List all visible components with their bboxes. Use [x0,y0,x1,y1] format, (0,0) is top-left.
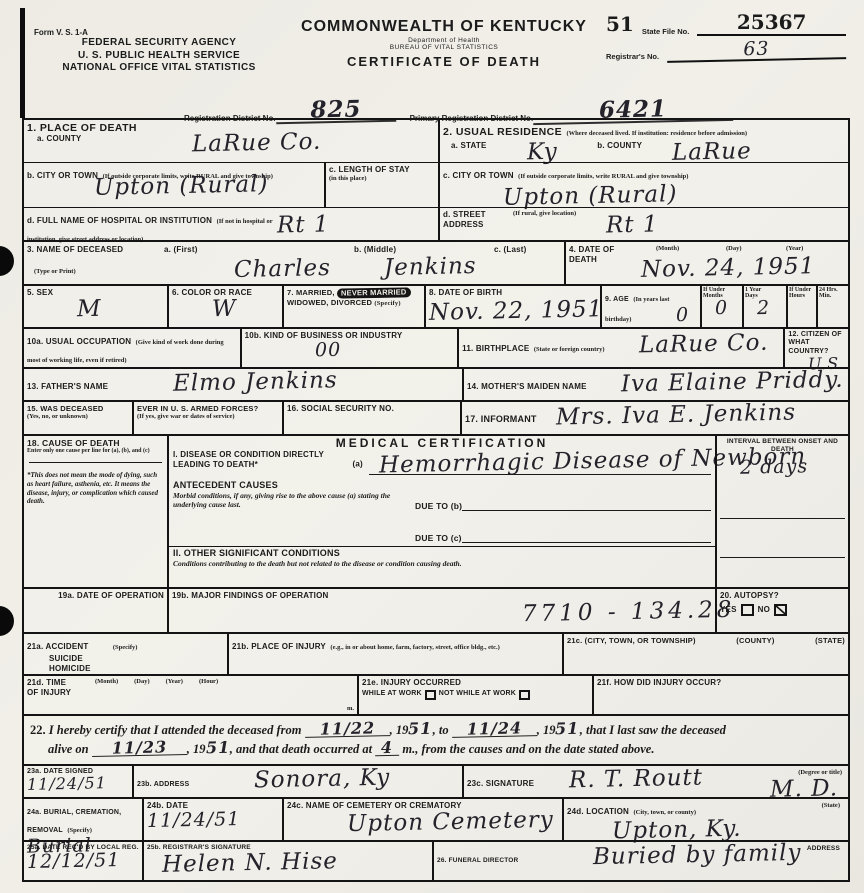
certify-hour: 4 [375,742,399,756]
form-code: Form V. S. 1-A [34,28,284,37]
death-certificate-scan: Form V. S. 1-A FEDERAL SECURITY AGENCY U… [0,0,864,893]
certify-num: 22. [30,723,46,737]
agency-line-1: FEDERAL SECURITY AGENCY [34,37,284,50]
section-date-of-death: 4. DATE OF DEATH (Month) (Day) (Year) No… [564,242,848,284]
mother-label: 14. MOTHER'S MAIDEN NAME [467,382,587,391]
physician-address-value: Sonora, Ky [254,767,391,793]
injury-time-month: (Month) [95,678,118,697]
row-name-dod: 3. NAME OF DECEASED (Type or Print) a. (… [24,240,848,284]
row-accident: 21a. ACCIDENT (Specify) SUICIDE HOMICIDE… [24,632,848,674]
res-state-county: 2. USUAL RESIDENCE (Where deceased lived… [440,120,848,162]
row-time-of-injury: 21d. TIME OF INJURY (Month) (Day) (Year)… [24,674,848,714]
age-min-head2: Min. [819,293,847,299]
section-physician-address: 23b. ADDRESS Sonora, Ky [132,766,462,797]
section-age-days: 1 Year Days 2 [742,286,786,327]
file-prefix: 51 [606,12,634,36]
birthplace-note: (State or foreign country) [534,346,605,353]
dod-day-label: (Day) [726,245,742,252]
injury-county-label: (COUNTY) [736,636,774,645]
burial-location-note2: (State) [822,802,840,809]
section-place-of-death: 1. PLACE OF DEATH a. COUNTY LaRue Co. b.… [24,120,438,240]
certificate-form: 1. PLACE OF DEATH a. COUNTY LaRue Co. b.… [22,118,850,882]
burial-note: (Specify) [67,827,92,834]
autopsy-yes-checkbox [741,604,754,616]
name-first-value: Charles [234,257,331,282]
row-operation-autopsy: 19a. DATE OF OPERATION 19b. MAJOR FINDIN… [24,587,848,632]
funeral-director-label: 26. FUNERAL DIRECTOR [437,857,518,864]
state-file-label: State File No. [642,27,690,36]
how-injury-label: 21f. HOW DID INJURY OCCUR? [597,678,845,688]
physician-address-label: 23b. ADDRESS [137,781,189,788]
section-citizen: 12. CITIZEN OF WHAT COUNTRY? U.S. [783,329,848,367]
forces-label2: EVER IN U. S. ARMED FORCES? [137,404,279,413]
hole-punch-top [0,246,14,276]
res-state-label: a. STATE [451,141,487,164]
certify-from-date: 11/22 [304,722,389,738]
registrar-no-value: 63 [667,38,846,63]
injury-while-checkbox [425,690,436,700]
res-city-label: c. CITY OR TOWN [443,171,514,180]
dob-value: Nov. 22, 1951 [429,298,604,325]
marital-label-note: (Specify) [374,300,400,307]
res-city: c. CITY OR TOWN (If outside corporate li… [440,162,848,207]
accident-label2: SUICIDE [49,654,224,664]
res-street-label: d. STREET ADDRESS [443,210,513,238]
res-state-value: Ky [526,141,557,165]
section-medical-certification: MEDICAL CERTIFICATION I. DISEASE OR COND… [167,436,715,587]
section-injury-occurred: 21e. INJURY OCCURRED WHILE AT WORK NOT W… [357,676,592,714]
section-injury-location: 21c. (CITY, TOWN, OR TOWNSHIP) (COUNTY) … [562,634,848,674]
marital-label-post: WIDOWED, DIVORCED [287,298,372,307]
pod-los-note: (in this place) [329,175,435,182]
injury-time-suffix: m. [27,705,354,712]
certify-t6: m., from the causes and on the date stat… [402,742,654,756]
section-marital-status: 7. MARRIED, NEVER MARRIED WIDOWED, DIVOR… [282,286,424,327]
injury-time-label: 21d. TIME OF INJURY [27,678,79,697]
due-to-b-blank [462,501,711,511]
section-mother-name: 14. MOTHER'S MAIDEN NAME Iva Elaine Prid… [462,369,848,400]
signature-label: 23c. SIGNATURE [467,779,534,788]
section-registrar-signature: 25b. REGISTRAR'S SIGNATURE Helen N. Hise [142,842,432,880]
informant-label: 17. INFORMANT [465,414,537,424]
injury-notwhile-label: NOT WHILE AT WORK [439,690,516,698]
age-months-value: 0 [715,299,728,318]
row-burial: 24a. BURIAL, CREMATION, REMOVAL (Specify… [24,797,848,840]
section-burial-date: 24b. DATE 11/24/51 [142,799,282,840]
dod-month-label: (Month) [656,245,679,252]
dod-year-label: (Year) [786,245,803,252]
res-city-note: (If outside corporate limits, write RURA… [518,173,688,180]
injury-place-note: (e.g., in or about home, farm, factory, … [330,644,499,651]
injury-state-label: (STATE) [815,636,845,645]
section-color-race: 6. COLOR OR RACE W [167,286,282,327]
certify-text: 22. I hereby certify that I attended the… [24,716,732,764]
pod-city-label: b. CITY OR TOWN [27,171,98,180]
section-place-of-injury: 21b. PLACE OF INJURY (e.g., in or about … [227,634,562,674]
accident-label3: HOMICIDE [49,664,224,674]
agency-line-3: NATIONAL OFFICE VITAL STATISTICS [34,62,284,75]
autopsy-no-checkbox [774,604,787,616]
pod-institution: d. FULL NAME OF HOSPITAL OR INSTITUTION … [24,207,438,240]
section-burial-type: 24a. BURIAL, CREMATION, REMOVAL (Specify… [24,799,142,840]
section-burial-location: 24d. LOCATION (City, town, or county) (S… [562,799,848,840]
certificate-title: CERTIFICATE OF DEATH [274,54,614,69]
section-time-of-injury: 21d. TIME OF INJURY (Month) (Day) (Year)… [24,676,357,714]
pod-county: 1. PLACE OF DEATH a. COUNTY LaRue Co. [24,120,438,162]
row-forces-ssn-informant: 15. WAS DECEASED (Yes, no, or unknown) E… [24,400,848,434]
row-sex-race-age: 5. SEX M 6. COLOR OR RACE W 7. MARRIED, … [24,284,848,327]
forces-label1: 15. WAS DECEASED [27,404,129,413]
date-signed-value: 11/24/51 [27,776,107,794]
state-file-number: 25367 [697,10,846,36]
registrar-signature-value: Helen N. Hise [162,850,338,877]
section-date-of-birth: 8. DATE OF BIRTH Nov. 22, 1951 [424,286,600,327]
res-title-note: (Where deceased lived. If institution: r… [566,130,747,137]
birthplace-label: 11. BIRTHPLACE [462,344,529,353]
section-ssn: 16. SOCIAL SECURITY NO. [282,402,460,434]
section-father-name: 13. FATHER'S NAME Elmo Jenkins [24,369,462,400]
burial-location-label: 24d. LOCATION [567,807,629,816]
autopsy-yes-label: YES [720,605,737,615]
findings-value: 7710 - 134.28 [522,598,736,625]
section-funeral-director: 26. FUNERAL DIRECTOR ADDRESS Buried by f… [432,842,848,880]
age-label: 9. AGE [605,296,629,303]
other-conditions-title: II. OTHER SIGNIFICANT CONDITIONS [173,548,711,559]
section-age-years: 9. AGE (In years last birthday) 0 [600,286,700,327]
injury-city-label: 21c. (CITY, TOWN, OR TOWNSHIP) [567,636,696,645]
section-cemetery: 24c. NAME OF CEMETERY OR CREMATORY Upton… [282,799,562,840]
injury-place-label: 21b. PLACE OF INJURY [232,642,326,651]
section-date-signed: 23a. DATE SIGNED 11/24/51 [24,766,132,797]
section-how-injury: 21f. HOW DID INJURY OCCUR? [592,676,848,714]
autopsy-no-label: NO [758,605,770,615]
certify-from-year: 51 [408,721,433,738]
name-last-label: c. (Last) [494,245,526,255]
pod-inst-label: d. FULL NAME OF HOSPITAL OR INSTITUTION [27,216,212,225]
age-days-value: 2 [757,299,770,318]
age-hours-head2: Hours [789,293,815,299]
forces-note1: (Yes, no, or unknown) [27,413,129,420]
section-autopsy: 20. AUTOPSY? YES NO [715,589,848,632]
forces-note2: (If yes, give war or dates of service) [137,413,279,420]
section-occupation: 10a. USUAL OCCUPATION (Give kind of work… [24,329,240,367]
certify-t4: alive on [48,742,89,756]
certify-yp1: , 19 [390,723,409,737]
autopsy-label: 20. AUTOPSY? [720,591,845,601]
header: Form V. S. 1-A FEDERAL SECURITY AGENCY U… [34,10,852,116]
age-value: 0 [676,306,689,325]
agency-line-2: U. S. PUBLIC HEALTH SERVICE [34,50,284,63]
injury-time-hour: (Hour) [199,678,218,697]
res-street: d. STREET ADDRESS (If rural, give locati… [440,207,848,240]
injury-notwhile-checkbox [519,690,530,700]
due-to-b-label: DUE TO (b) [415,501,462,511]
section-major-findings: 19b. MAJOR FINDINGS OF OPERATION 7710 - … [167,589,715,632]
scan-edge-bar [20,8,25,118]
res-street-note: (If rural, give location) [513,210,576,238]
res-street-value: Rt 1 [606,213,659,238]
cause-title: 18. CAUSE OF DEATH [27,438,164,448]
cause-footnote: *This does not mean the mode of dying, s… [27,471,164,506]
section-age-months: If Under Months 0 [700,286,742,327]
other-conditions-note: Conditions contributing to the death but… [173,559,711,568]
cause-enter-note: Enter only one cause per line for (a), (… [27,448,164,454]
marital-label-pre: 7. MARRIED, [287,288,335,297]
interval-value: 2 days [740,457,808,477]
disease-a: (a) [352,460,362,469]
industry-label: 10b. KIND OF BUSINESS OR INDUSTRY [245,331,455,341]
signature-value: R. T. Routt [568,767,702,793]
registrar-no-label: Registrar's No. [606,52,659,61]
row-signature: 23a. DATE SIGNED 11/24/51 23b. ADDRESS S… [24,764,848,797]
certify-t1: I hereby certify that I attended the dec… [49,723,302,737]
agency-block: Form V. S. 1-A FEDERAL SECURITY AGENCY U… [34,28,284,75]
section-informant: 17. INFORMANT Mrs. Iva E. Jenkins [460,402,848,434]
section-date-received: 25a. DATE REC'D BY LOCAL REG. 12/12/51 [24,842,142,880]
section-usual-residence: 2. USUAL RESIDENCE (Where deceased lived… [438,120,848,240]
industry-value: 00 [314,340,341,360]
hole-punch-bottom [0,606,14,636]
antecedent-title: ANTECEDENT CAUSES [173,480,711,491]
disease-line: I. DISEASE OR CONDITION DIRECTLY LEADING… [169,450,715,480]
pod-title: 1. PLACE OF DEATH [27,122,137,134]
row-certify-statement: 22. I hereby certify that I attended the… [24,714,848,764]
father-value: Elmo Jenkins [172,369,337,395]
section-armed-forces-q2: EVER IN U. S. ARMED FORCES? (If yes, giv… [132,402,282,434]
funeral-director-value: Buried by family [593,842,802,869]
certify-yp3: , 19 [187,742,206,756]
injury-time-year: (Year) [166,678,183,697]
section-age-min: 24 Hrs. Min. [816,286,848,327]
section-birthplace: 11. BIRTHPLACE (State or foreign country… [457,329,783,367]
dod-value: Nov. 24, 1951 [641,255,816,282]
due-to-c-label: DUE TO (c) [415,533,462,543]
certify-to-year: 51 [555,721,580,738]
injury-occurred-label: 21e. INJURY OCCURRED [362,678,589,688]
name-first-label: a. (First) [164,245,198,255]
certify-alive-year: 51 [205,739,230,756]
injury-while-label: WHILE AT WORK [362,690,422,698]
operation-date-label: 19a. DATE OF OPERATION [27,591,164,601]
mother-value: Iva Elaine Priddy. [621,369,844,397]
section-date-of-operation: 19a. DATE OF OPERATION [24,589,167,632]
injury-time-day: (Day) [134,678,150,697]
sex-value: M [77,297,102,321]
pod-city: b. CITY OR TOWN (If outside corporate li… [24,163,324,207]
name-note: (Type or Print) [34,268,76,275]
section-age-hours: If Under Hours [786,286,816,327]
date-received-value: 12/12/51 [27,851,121,872]
section-physician-signature: 23c. SIGNATURE R. T. Routt (Degree or ti… [462,766,848,797]
ssn-label: 16. SOCIAL SECURITY NO. [287,404,457,414]
pod-los-label: c. LENGTH OF STAY [329,165,435,175]
accident-label1: 21a. ACCIDENT [27,642,88,651]
title-block: COMMONWEALTH OF KENTUCKY Department of H… [274,18,614,69]
section-cause-label-col: 18. CAUSE OF DEATH Enter only one cause … [24,436,167,587]
name-last-value: Jenkins [384,255,477,280]
father-label: 13. FATHER'S NAME [27,382,108,391]
disease-label: I. DISEASE OR CONDITION DIRECTLY LEADING… [173,450,348,469]
interval-label: INTERVAL BETWEEN ONSET AND DEATH [720,438,845,454]
file-numbers-block: 51 State File No. 25367 Registrar's No. … [606,10,846,61]
row-parents: 13. FATHER'S NAME Elmo Jenkins 14. MOTHE… [24,367,848,400]
section-industry: 10b. KIND OF BUSINESS OR INDUSTRY 00 [240,329,458,367]
cemetery-value: Upton Cemetery [347,808,554,835]
section-sex: 5. SEX M [24,286,167,327]
res-county-label: b. COUNTY [597,141,642,164]
name-middle-label: b. (Middle) [354,245,396,255]
dept-of-health: Department of Health [274,37,614,44]
commonwealth-title: COMMONWEALTH OF KENTUCKY [274,18,614,36]
burial-date-value: 11/24/51 [147,810,241,831]
row-cause-of-death: 18. CAUSE OF DEATH Enter only one cause … [24,434,848,587]
antecedent-note: Morbid conditions, if any, giving rise t… [173,491,403,543]
certify-t2: , to [433,723,449,737]
certify-yp2: , 19 [537,723,556,737]
row-place-residence: 1. PLACE OF DEATH a. COUNTY LaRue Co. b.… [24,120,848,240]
burial-location-note1: (City, town, or county) [633,809,696,816]
section-accident-suicide: 21a. ACCIDENT (Specify) SUICIDE HOMICIDE [24,634,227,674]
pod-city-row: b. CITY OR TOWN (If outside corporate li… [24,162,438,207]
pod-city-value: Upton (Rural) [94,173,269,200]
row-occupation-birthplace: 10a. USUAL OCCUPATION (Give kind of work… [24,327,848,367]
section-name-of-deceased: 3. NAME OF DECEASED (Type or Print) a. (… [24,242,564,284]
section-armed-forces-q: 15. WAS DECEASED (Yes, no, or unknown) [24,402,132,434]
informant-value: Mrs. Iva E. Jenkins [556,401,796,429]
certify-alive-date: 11/23 [92,741,187,757]
section-interval: INTERVAL BETWEEN ONSET AND DEATH 2 days [715,436,848,587]
marital-never-married-circled: NEVER MARRIED [337,287,411,298]
name-title: 3. NAME OF DECEASED [27,245,147,255]
pod-county-value: LaRue Co. [192,131,322,162]
certify-to-date: 11/24 [452,722,537,738]
citizen-label: 12. CITIZEN OF WHAT COUNTRY? [788,331,845,356]
bureau-title: BUREAU OF VITAL STATISTICS [274,44,614,51]
funeral-address-label: ADDRESS [807,845,840,853]
accident-note: (Specify) [113,644,138,651]
pod-inst-value: Rt 1 [277,213,330,238]
dod-label: 4. DATE OF DEATH [569,245,619,264]
race-value: W [212,297,237,321]
certify-t3: , that I last saw the deceased [580,723,726,737]
res-title: 2. USUAL RESIDENCE [443,126,562,138]
certify-t5: , and that death occurred at [230,742,372,756]
pod-length-of-stay: c. LENGTH OF STAY (in this place) [324,163,438,207]
occupation-label: 10a. USUAL OCCUPATION [27,337,131,346]
pod-county-label: a. COUNTY [37,134,137,144]
birthplace-value: LaRue Co. [639,332,769,358]
due-to-c-blank [462,533,711,543]
res-city-value: Upton (Rural) [503,183,678,210]
row-registrar: 25a. DATE REC'D BY LOCAL REG. 12/12/51 2… [24,840,848,880]
